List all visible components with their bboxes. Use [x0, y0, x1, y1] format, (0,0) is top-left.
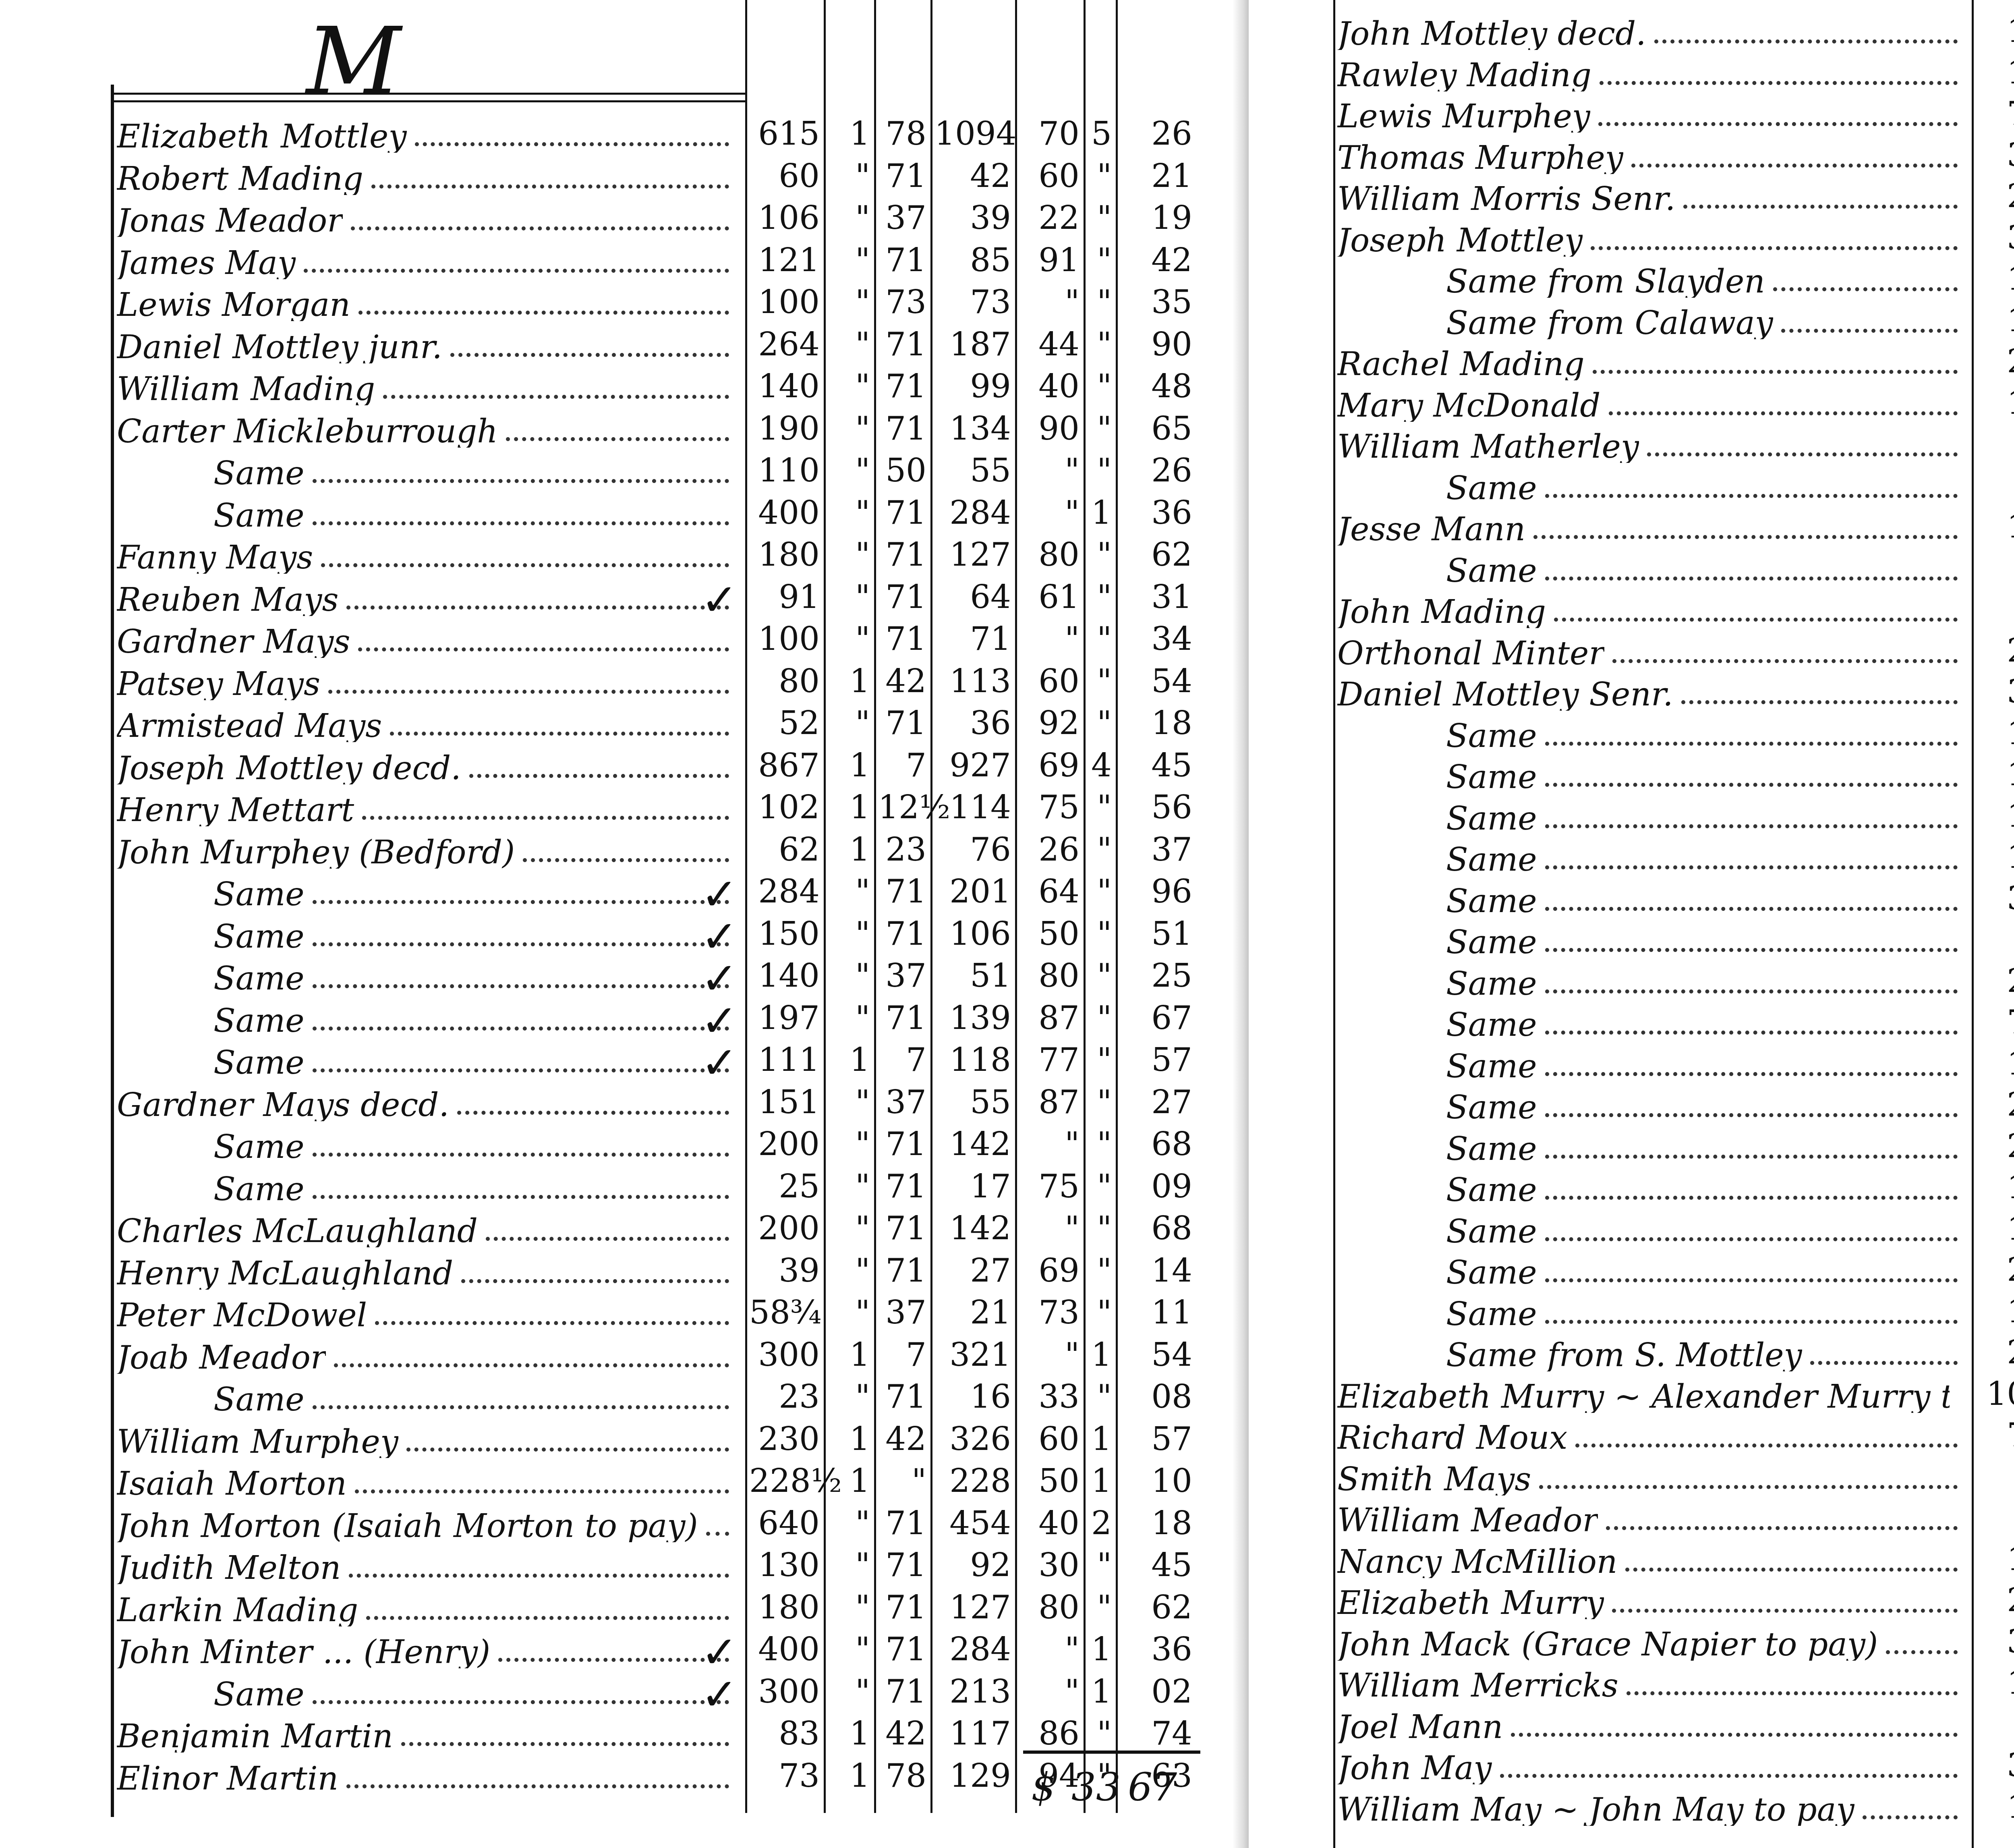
taxpayer-name: Larkin Mading	[117, 1594, 358, 1626]
leader-dots	[1545, 1113, 1958, 1117]
ledger-cell-1: 380	[1976, 136, 2014, 174]
ledger-cell-2: "	[828, 1378, 870, 1415]
taxpayer-name: Same from Slayden	[1446, 265, 1765, 298]
ledger-row: Orthonal Minter	[1337, 628, 1966, 670]
ledger-cell-3: 71	[878, 1168, 926, 1205]
column-rule	[1972, 0, 1974, 1848]
ledger-cell-3: 71	[878, 536, 926, 573]
ledger-cell-6: "	[1088, 1294, 1112, 1331]
ledger-cell-1: 121	[749, 241, 820, 279]
ledger-cell-3: 71	[878, 1209, 926, 1247]
ledger-cell-6: "	[1088, 1125, 1112, 1163]
ledger-cell-5: "	[1019, 1209, 1080, 1247]
ledger-cell-5: 86	[1019, 1715, 1080, 1752]
leader-dots	[390, 732, 729, 736]
ledger-cell-1: 1000	[1976, 1375, 2014, 1412]
leader-dots	[1545, 783, 1958, 787]
ledger-cell-2: "	[828, 1546, 870, 1584]
ledger-cell-6: "	[1088, 410, 1112, 447]
ledger-cell-6: "	[1088, 1209, 1112, 1247]
ledger-cell-4: 927	[934, 747, 1011, 784]
leader-dots	[313, 942, 729, 946]
ledger-cell-7: 45	[1120, 747, 1192, 784]
ledger-row: Same	[1446, 917, 1966, 958]
leader-dots	[1533, 535, 1958, 539]
ledger-cell-3: 42	[878, 1715, 926, 1752]
ledger-cell-5: "	[1019, 283, 1080, 321]
taxpayer-name: Same	[1446, 1050, 1537, 1083]
ledger-cell-7: 56	[1120, 788, 1192, 826]
ledger-cell-3: 71	[878, 999, 926, 1037]
ledger-cell-1: 180	[749, 1589, 820, 1626]
ledger-cell-2: "	[828, 1504, 870, 1542]
ledger-cell-1: 200	[749, 1125, 820, 1163]
taxpayer-name: John Murphey (Bedford)	[117, 836, 515, 869]
header-rule	[113, 93, 745, 102]
ledger-cell-2: "	[828, 1168, 870, 1205]
ledger-cell-2: "	[828, 283, 870, 321]
ledger-row: Larkin Mading	[117, 1585, 737, 1626]
ledger-cell-6: 1	[1088, 1673, 1112, 1710]
ledger-row: Same from S. Mottley	[1446, 1329, 1966, 1371]
ledger-cell-5: 94	[1019, 1757, 1080, 1794]
leader-dots	[1591, 246, 1958, 250]
ledger-cell-6: "	[1088, 1083, 1112, 1121]
leader-dots	[313, 1195, 729, 1199]
ledger-row: Elizabeth Mottley	[117, 111, 737, 153]
ledger-row: Same	[1446, 1288, 1966, 1330]
ledger-cell-5: 60	[1019, 662, 1080, 700]
ledger-cell-6: 1	[1088, 1462, 1112, 1500]
ledger-cell-2: "	[828, 1209, 870, 1247]
taxpayer-name: Henry Mettart	[117, 794, 354, 826]
column-rule	[1015, 0, 1017, 1813]
ledger-cell-1: 140	[749, 957, 820, 994]
leader-dots	[1545, 1320, 1958, 1324]
ledger-cell-7: 68	[1120, 1125, 1192, 1163]
taxpayer-name: Gardner Mays	[117, 626, 350, 658]
ledger-row: Nancy McMillion	[1337, 1536, 1966, 1578]
taxpayer-name: Same	[1446, 885, 1537, 917]
ledger-cell-2: "	[828, 367, 870, 405]
leader-dots	[358, 647, 729, 651]
leader-dots	[1606, 1526, 1958, 1530]
ledger-cell-3: 71	[878, 578, 926, 616]
ledger-cell-3: 71	[878, 494, 926, 531]
ledger-row: Same	[1446, 793, 1966, 835]
ledger-row: Same	[213, 1669, 737, 1711]
ledger-row: Same	[213, 1164, 737, 1205]
taxpayer-name: Same	[213, 878, 305, 911]
ledger-cell-2: "	[828, 452, 870, 489]
ledger-row: Same	[1446, 1082, 1966, 1124]
ledger-row: Patsey Mays	[117, 658, 737, 700]
ledger-cell-1: 80	[749, 662, 820, 700]
taxpayer-name: John Minter ... (Henry)	[117, 1636, 490, 1668]
ledger-cell-2: "	[828, 873, 870, 910]
ledger-cell-7: 10	[1120, 1462, 1192, 1500]
leader-dots	[358, 311, 729, 315]
ledger-cell-3: 42	[878, 1420, 926, 1458]
ledger-cell-5: 75	[1019, 1168, 1080, 1205]
taxpayer-name: Same	[1446, 1215, 1537, 1248]
ledger-cell-7: 18	[1120, 704, 1192, 742]
ledger-cell-1: 83	[749, 1715, 820, 1752]
ledger-cell-7: 08	[1120, 1378, 1192, 1415]
taxpayer-name: Rachel Mading	[1337, 348, 1585, 380]
ledger-row: John May	[1337, 1742, 1966, 1784]
taxpayer-name: Same	[1446, 1133, 1537, 1165]
ledger-cell-4: 99	[934, 367, 1011, 405]
ledger-cell-2: 1	[828, 115, 870, 152]
ledger-cell-3: 37	[878, 199, 926, 236]
ledger-cell-1: 211	[1976, 1251, 2014, 1288]
ledger-row: Same	[213, 1374, 737, 1416]
taxpayer-name: Carter Mickleburrough	[117, 415, 498, 448]
ledger-cell-3: "	[878, 1462, 926, 1500]
ledger-cell-1: 125	[1976, 755, 2014, 793]
ledger-cell-1: 772	[1976, 95, 2014, 132]
ledger-cell-6: "	[1088, 452, 1112, 489]
ledger-row: Daniel Mottley Senr.	[1337, 669, 1966, 711]
ledger-cell-2: 1	[828, 1041, 870, 1079]
ledger-cell-6: "	[1088, 1252, 1112, 1289]
ledger-cell-3: 78	[878, 1757, 926, 1794]
ledger-cell-7: 27	[1120, 1083, 1192, 1121]
ledger-row: Joel Mann	[1337, 1701, 1966, 1743]
ledger-cell-2: "	[828, 1673, 870, 1710]
taxpayer-name: Same from Calaway	[1446, 307, 1773, 339]
ledger-cell-5: "	[1019, 620, 1080, 657]
ledger-cell-3: 71	[878, 1125, 926, 1163]
taxpayer-name: Judith Melton	[117, 1552, 341, 1584]
leader-dots	[1681, 700, 1958, 704]
ledger-row: Same from Slayden	[1446, 256, 1966, 298]
ledger-cell-5: 50	[1019, 1462, 1080, 1500]
ledger-row: Charles McLaughland	[117, 1205, 737, 1247]
ledger-cell-7: 31	[1120, 578, 1192, 616]
taxpayer-name: Same	[213, 1678, 305, 1711]
leader-dots	[1810, 1361, 1958, 1365]
taxpayer-name: Orthonal Minter	[1337, 637, 1604, 670]
taxpayer-name: Same	[1446, 844, 1537, 876]
ledger-row: Same	[1446, 545, 1966, 587]
taxpayer-name: Same	[1446, 1298, 1537, 1330]
ledger-row: Judith Melton	[117, 1542, 737, 1584]
ledger-cell-1: 228½	[749, 1462, 820, 1500]
ledger-cell-1: 102	[749, 788, 820, 826]
leader-dots	[349, 1574, 729, 1578]
leader-dots	[334, 1363, 729, 1367]
taxpayer-name: Same	[213, 921, 305, 953]
ledger-cell-7: 62	[1120, 536, 1192, 573]
ledger-cell-7: 62	[1120, 1589, 1192, 1626]
taxpayer-name: Same	[1446, 1257, 1537, 1289]
ledger-cell-5: 40	[1019, 1504, 1080, 1542]
ledger-cell-5: 75	[1019, 788, 1080, 826]
ledger-cell-4: 1094	[934, 115, 1011, 152]
ledger-cell-5: 64	[1019, 873, 1080, 910]
ledger-cell-3: 37	[878, 1083, 926, 1121]
ledger-cell-4: 113	[934, 662, 1011, 700]
ledger-cell-4: 71	[934, 620, 1011, 657]
ledger-cell-2: "	[828, 1125, 870, 1163]
ledger-cell-1: 100	[749, 620, 820, 657]
ledger-cell-1: 100	[749, 283, 820, 321]
ledger-row: Jesse Mann	[1337, 504, 1966, 545]
ledger-cell-1: 230	[749, 1420, 820, 1458]
ledger-row: Same	[213, 911, 737, 953]
ledger-cell-1: 118	[1976, 54, 2014, 91]
ledger-row: William Meador	[1337, 1495, 1966, 1537]
taxpayer-name: Same	[1446, 1174, 1537, 1206]
ledger-row: Same	[213, 1037, 737, 1079]
ledger-cell-2: "	[828, 915, 870, 952]
taxpayer-name: John Mading	[1337, 596, 1546, 628]
ledger-cell-6: 5	[1088, 115, 1112, 152]
ledger-cell-7: 26	[1120, 115, 1192, 152]
ledger-row: James May	[117, 237, 737, 279]
ledger-cell-1: 110	[749, 452, 820, 489]
ledger-cell-3: 7	[878, 1336, 926, 1373]
ledger-row: John Mading	[1337, 586, 1966, 628]
taxpayer-name: Richard Moux	[1337, 1422, 1567, 1454]
ledger-cell-4: 127	[934, 1589, 1011, 1626]
taxpayer-name: Same	[1446, 1091, 1537, 1124]
taxpayer-name: James May	[117, 247, 296, 279]
ledger-cell-1: 250	[1976, 342, 2014, 380]
taxpayer-name: William Matherley	[1337, 431, 1639, 463]
ledger-cell-2: 1	[828, 662, 870, 700]
ledger-cell-1: 111	[749, 1041, 820, 1079]
taxpayer-name: Mary McDonald	[1337, 390, 1601, 422]
ledger-cell-5: 69	[1019, 1252, 1080, 1289]
ledger-cell-4: 326	[934, 1420, 1011, 1458]
leader-dots	[375, 1321, 729, 1325]
ledger-cell-2: "	[828, 999, 870, 1037]
ledger-cell-2: "	[828, 410, 870, 447]
ledger-cell-1: 39	[749, 1252, 820, 1289]
ledger-cell-1: 290	[1976, 962, 2014, 1000]
ledger-cell-4: 454	[934, 1504, 1011, 1542]
ledger-cell-6: "	[1088, 199, 1112, 236]
ledger-cell-1: 90	[1976, 590, 2014, 628]
ledger-cell-3: 71	[878, 1252, 926, 1289]
ledger-cell-1: 60	[749, 157, 820, 195]
leader-dots	[415, 142, 729, 146]
ledger-row: Joseph Mottley decd.	[117, 743, 737, 784]
ledger-row: Gardner Mays	[117, 616, 737, 658]
leader-dots	[1500, 1774, 1958, 1778]
ledger-cell-6: "	[1088, 1378, 1112, 1415]
leader-dots	[313, 1153, 729, 1157]
ledger-cell-3: 71	[878, 1546, 926, 1584]
ledger-cell-5: 40	[1019, 367, 1080, 405]
ledger-cell-4: 201	[934, 873, 1011, 910]
taxpayer-name: Daniel Mottley junr.	[117, 331, 442, 363]
taxpayer-name: John Mottley decd.	[1337, 18, 1646, 50]
leader-dots	[366, 1616, 729, 1620]
ledger-cell-5: 80	[1019, 957, 1080, 994]
ledger-cell-1: 264	[749, 326, 820, 363]
taxpayer-name: Same	[1446, 803, 1537, 835]
ledger-cell-6: "	[1088, 957, 1112, 994]
ledger-row: John Morton (Isaiah Morton to pay)	[117, 1500, 737, 1542]
ledger-cell-6: "	[1088, 283, 1112, 321]
ledger-row: Henry Mettart	[117, 784, 737, 826]
ledger-cell-2: 1	[828, 1462, 870, 1500]
leader-dots	[355, 1489, 729, 1493]
column-rule	[874, 0, 876, 1813]
ledger-cell-3: 71	[878, 367, 926, 405]
ledger-cell-4: 16	[934, 1378, 1011, 1415]
ledger-cell-2: "	[828, 1252, 870, 1289]
taxpayer-name: William May ~ John May to pay	[1337, 1794, 1854, 1826]
ledger-cell-1: 152	[1976, 1292, 2014, 1330]
taxpayer-name: Benjamin Martin	[117, 1720, 393, 1753]
ledger-cell-5: 70	[1019, 115, 1080, 152]
ledger-cell-4: 51	[934, 957, 1011, 994]
ledger-cell-7: 09	[1120, 1168, 1192, 1205]
taxpayer-name: Same from S. Mottley	[1446, 1339, 1802, 1371]
leader-dots	[362, 816, 729, 820]
ledger-cell-1: 615	[749, 115, 820, 152]
ledger-cell-2: "	[828, 957, 870, 994]
ledger-cell-6: 1	[1088, 1630, 1112, 1668]
ledger-cell-1: 640	[749, 1504, 820, 1542]
ledger-cell-1: 230	[1976, 1581, 2014, 1619]
ledger-cell-2: "	[828, 241, 870, 279]
leader-dots	[1631, 164, 1958, 168]
column-rule	[1116, 0, 1118, 1813]
ledger-cell-4: 17	[934, 1168, 1011, 1205]
ledger-row: Same	[213, 448, 737, 489]
taxpayer-name: Same	[213, 1383, 305, 1416]
ledger-cell-3: 71	[878, 326, 926, 363]
ledger-row: Reuben Mays	[117, 574, 737, 616]
taxpayer-name: Same	[1446, 968, 1537, 1000]
ledger-row: William Morris Senr.	[1337, 173, 1966, 215]
leader-dots	[1600, 81, 1958, 85]
ledger-cell-6: "	[1088, 999, 1112, 1037]
ledger-row: John Minter ... (Henry)	[117, 1626, 737, 1668]
leader-dots	[304, 269, 729, 273]
taxpayer-name: Elinor Martin	[117, 1763, 338, 1795]
ledger-cell-7: 57	[1120, 1041, 1192, 1079]
ledger-row: John Mack (Grace Napier to pay)	[1337, 1619, 1966, 1661]
ledger-cell-5: 80	[1019, 1589, 1080, 1626]
left-ledger-page: M $ 33 67 Elizabeth Mottley6151781094705…	[0, 0, 1249, 1848]
ledger-cell-1: 50	[1976, 1499, 2014, 1536]
leader-dots	[1545, 577, 1958, 581]
leader-dots	[1545, 948, 1958, 952]
taxpayer-name: Rawley Mading	[1337, 59, 1591, 91]
ledger-cell-5: 90	[1019, 410, 1080, 447]
ledger-cell-7: 34	[1120, 620, 1192, 657]
leader-dots	[457, 1111, 729, 1115]
ledger-cell-5: 92	[1019, 704, 1080, 742]
ledger-cell-6: "	[1088, 367, 1112, 405]
ledger-cell-1: 114	[1976, 838, 2014, 875]
ledger-cell-5: "	[1019, 1125, 1080, 1163]
ledger-row: Elinor Martin	[117, 1753, 737, 1795]
ledger-cell-6: "	[1088, 1546, 1112, 1584]
ledger-cell-3: 71	[878, 241, 926, 279]
leader-dots	[1609, 411, 1958, 415]
leader-dots	[313, 479, 729, 483]
ledger-cell-1: 25	[749, 1168, 820, 1205]
leader-dots	[1545, 1278, 1958, 1282]
ledger-cell-6: "	[1088, 831, 1112, 868]
ledger-cell-1: 332	[1976, 219, 2014, 256]
ledger-cell-2: 1	[828, 1336, 870, 1373]
column-rule	[930, 0, 932, 1813]
ledger-cell-1: 150	[749, 915, 820, 952]
ledger-row: John Murphey (Bedford)	[117, 827, 737, 869]
ledger-cell-1: 113	[1976, 384, 2014, 421]
leader-dots	[401, 1742, 729, 1746]
ledger-cell-6: "	[1088, 915, 1112, 952]
ledger-cell-5: 50	[1019, 915, 1080, 952]
taxpayer-name: Charles McLaughland	[117, 1215, 478, 1247]
ledger-cell-3: 71	[878, 1504, 926, 1542]
ledger-row: William Merricks	[1337, 1660, 1966, 1702]
taxpayer-name: Thomas Murphey	[1337, 142, 1623, 174]
ledger-cell-5: "	[1019, 452, 1080, 489]
ledger-cell-7: 18	[1120, 1504, 1192, 1542]
leader-dots	[1545, 494, 1958, 498]
ledger-cell-4: 76	[934, 831, 1011, 868]
ledger-row: Benjamin Martin	[117, 1711, 737, 1753]
ledger-cell-4: 27	[934, 1252, 1011, 1289]
ledger-cell-4: 129	[934, 1757, 1011, 1794]
ledger-cell-6: "	[1088, 662, 1112, 700]
ledger-cell-1: 101	[1976, 301, 2014, 339]
ledger-cell-4: 213	[934, 1673, 1011, 1710]
ledger-row: Jonas Meador	[117, 195, 737, 237]
ledger-cell-1: 30	[1976, 1705, 2014, 1743]
ledger-cell-7: 65	[1120, 410, 1192, 447]
ledger-cell-1: 180	[749, 536, 820, 573]
ledger-cell-4: 55	[934, 452, 1011, 489]
taxpayer-name: Same	[1446, 555, 1537, 587]
ledger-cell-3: 71	[878, 157, 926, 195]
leader-dots	[1654, 39, 1958, 44]
ledger-cell-4: 117	[934, 1715, 1011, 1752]
taxpayer-name: Same	[213, 1047, 305, 1079]
ledger-cell-1: 284	[749, 873, 820, 910]
ledger-cell-1: 201	[1976, 1086, 2014, 1123]
taxpayer-name: Henry McLaughland	[117, 1257, 453, 1290]
ledger-cell-4: 21	[934, 1294, 1011, 1331]
taxpayer-name: Same	[213, 962, 305, 995]
ledger-cell-3: 7	[878, 747, 926, 784]
taxpayer-name: Elizabeth Murry	[1337, 1587, 1604, 1619]
ledger-row: Same	[213, 953, 737, 995]
ledger-cell-3: 71	[878, 1589, 926, 1626]
ledger-row: Rachel Mading	[1337, 338, 1966, 380]
ledger-cell-7: 45	[1120, 1546, 1192, 1584]
ledger-row: Carter Mickleburrough	[117, 406, 737, 448]
ledger-cell-3: 71	[878, 704, 926, 742]
ledger-cell-4: 187	[934, 326, 1011, 363]
ledger-cell-6: 1	[1088, 494, 1112, 531]
ledger-cell-7: 42	[1120, 241, 1192, 279]
ledger-cell-7: 19	[1120, 199, 1192, 236]
ledger-cell-6: "	[1088, 326, 1112, 363]
ledger-cell-3: 71	[878, 1630, 926, 1668]
leader-dots	[328, 690, 729, 694]
